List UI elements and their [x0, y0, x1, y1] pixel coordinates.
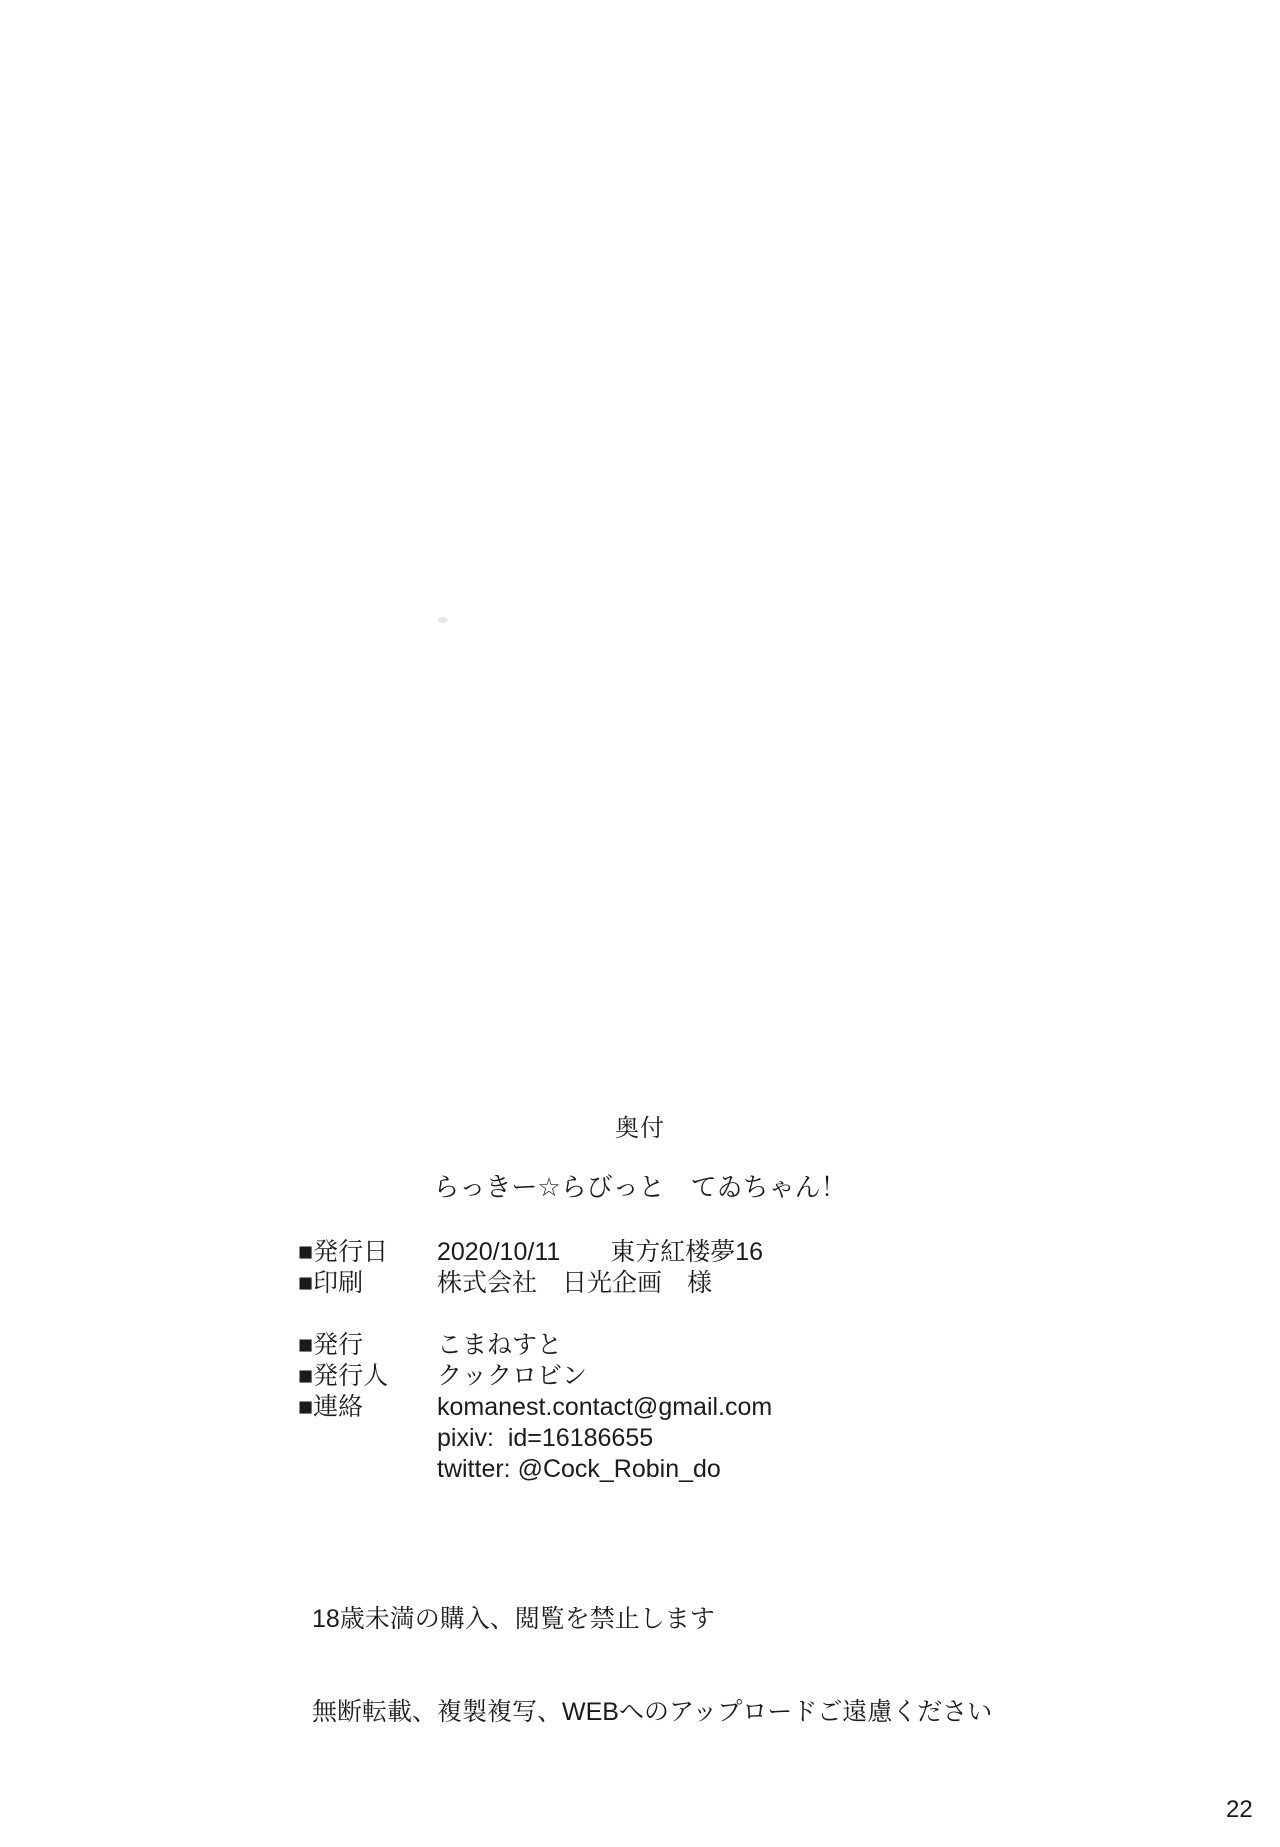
info-label: ■連絡 [298, 1392, 437, 1423]
publication-info-group-2: ■発行 こまねすと ■発行人 クックロビン ■連絡 komanest.conta… [298, 1330, 772, 1485]
info-value: こまねすと [437, 1330, 562, 1361]
publication-info-group-1: ■発行日 2020/10/11 東方紅楼夢16 ■印刷 株式会社 日光企画 様 [298, 1237, 772, 1299]
info-value: 株式会社 日光企画 様 [437, 1268, 712, 1299]
legal-notice: 18歳未満の購入、閲覧を禁止します 無断転載、複製複写、WEBへのアップロードご… [312, 1542, 992, 1790]
publication-info: ■発行日 2020/10/11 東方紅楼夢16 ■印刷 株式会社 日光企画 様 … [298, 1237, 772, 1485]
reproduction-notice: 無断転載、複製複写、WEBへのアップロードご遠慮ください [312, 1697, 992, 1728]
info-row-publisher: ■発行 こまねすと [298, 1330, 772, 1361]
info-value: クックロビン [437, 1361, 587, 1392]
info-label: ■印刷 [298, 1268, 437, 1299]
twitter-handle: twitter: @Cock_Robin_do [437, 1454, 721, 1485]
page-number: 22 [1226, 1796, 1253, 1824]
info-row-contact-email: ■連絡 komanest.contact@gmail.com [298, 1392, 772, 1423]
book-title: らっきー☆らびっと てゐちゃん！ [0, 1171, 1280, 1203]
info-row-printer: ■印刷 株式会社 日光企画 様 [298, 1268, 772, 1299]
info-label: ■発行日 [298, 1237, 437, 1268]
info-row-pixiv: pixiv: id=16186655 [298, 1423, 772, 1454]
scan-artifact [438, 617, 448, 623]
contact-email: komanest.contact@gmail.com [437, 1392, 772, 1423]
colophon-heading: 奥付 [0, 1114, 1280, 1144]
info-label [298, 1423, 437, 1454]
age-restriction-notice: 18歳未満の購入、閲覧を禁止します [312, 1604, 992, 1635]
info-label [298, 1454, 437, 1485]
info-row-publish-date: ■発行日 2020/10/11 東方紅楼夢16 [298, 1237, 772, 1268]
pixiv-id: pixiv: id=16186655 [437, 1423, 653, 1454]
colophon-page: 奥付 らっきー☆らびっと てゐちゃん！ ■発行日 2020/10/11 東方紅楼… [0, 0, 1280, 1847]
info-row-twitter: twitter: @Cock_Robin_do [298, 1454, 772, 1485]
info-row-author: ■発行人 クックロビン [298, 1361, 772, 1392]
info-value: 2020/10/11 東方紅楼夢16 [437, 1237, 763, 1268]
info-label: ■発行 [298, 1330, 437, 1361]
info-label: ■発行人 [298, 1361, 437, 1392]
